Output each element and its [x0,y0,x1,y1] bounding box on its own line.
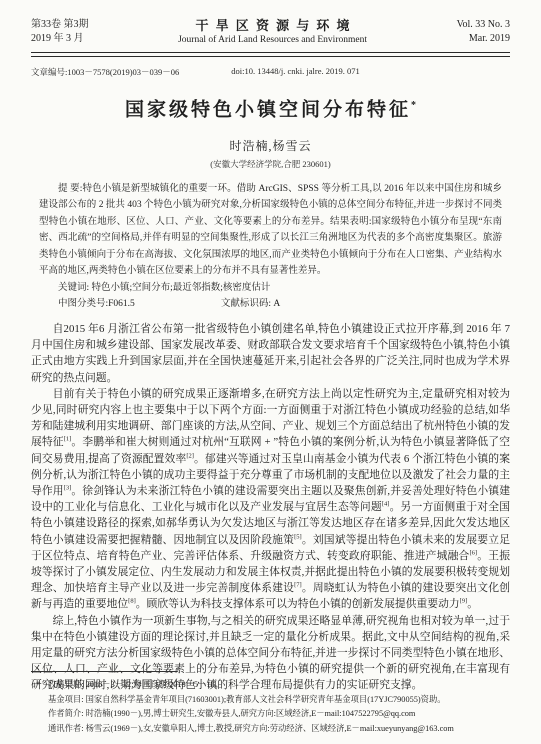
abstract-block: 提 要:特色小镇是新型城镇化的重要一环。借助 ArcGIS、SPSS 等分析工具… [39,181,502,313]
abstract-label: 提 要: [58,184,82,194]
authors: 时浩楠,杨雪云 [31,137,510,154]
date-en: Mar. 2019 [457,32,510,46]
clc-label: 中图分类号: [58,299,108,309]
keywords-text: 特色小镇;空间分布;最近邻指数;核密度估计 [92,283,271,293]
date-cn: 2019 年 3 月 [31,32,89,46]
footnote-lines: *收稿日期: 2018－3－22;修回日期:2018－5－18。 基金项目: 国… [31,678,510,736]
footnote-line: 通讯作者: 杨雪云(1969－),女,安徽阜阳人,博士,教授,研究方向:劳动经济… [48,722,510,737]
header-left: 第33卷 第3期 2019 年 3 月 [31,18,89,46]
footnote-line: 作者简介: 时浩楠(1990－),男,博士研究生,安徽寿县人,研究方向:区域经济… [48,707,510,722]
citation-marker: [7] [294,582,302,589]
journal-name-cn: 干旱区资源与环境 [89,18,457,33]
header-double-rule [31,52,510,57]
volume-issue: 第33卷 第3期 [31,18,89,32]
footnote: *收稿日期: 2018－3－22;修回日期:2018－5－18。 基金项目: 国… [31,671,510,736]
received-date: 收稿日期: 2018－3－22;修回日期:2018－5－18。 [48,680,223,689]
citation-marker: [8] [128,598,136,605]
article-number: 文章编号:1003－7578(2019)03－039－06 [31,66,179,78]
citation-marker: [5] [294,533,302,540]
footnote-rule [31,671,177,672]
keywords-line: 关键词: 特色小镇;空间分布;最近邻指数;核密度估计 [39,280,502,297]
affiliation: (安徽大学经济学院,合肥 230601) [31,158,510,170]
citation-marker: [9] [460,598,468,605]
journal-name-en: Journal of Arid Land Resources and Envir… [89,33,457,47]
citation-marker: [4] [382,501,390,508]
paper-title: 国家级特色小镇空间分布特征* [31,94,510,122]
keywords-label: 关键词: [58,283,89,293]
body-paragraph: 自2015 年6 月浙江省公布第一批省级特色小镇创建名单,特色小镇建设正式拉开序… [31,321,510,386]
footnote-line: *收稿日期: 2018－3－22;修回日期:2018－5－18。 [48,678,510,693]
doc-code-value: A [273,299,280,309]
abstract-text: 特色小镇是新型城镇化的重要一环。借助 ArcGIS、SPSS 等分析工具,以 2… [39,184,502,277]
journal-header: 第33卷 第3期 2019 年 3 月 干旱区资源与环境 Journal of … [31,18,510,47]
article-meta: 文章编号:1003－7578(2019)03－039－06 doi:10. 13… [31,66,510,78]
paper-page: 第33卷 第3期 2019 年 3 月 干旱区资源与环境 Journal of … [0,0,541,744]
footnote-marker: * [36,678,40,693]
footnote-line: 基金项目: 国家自然科学基金青年项目(71603001);教育部人文社会科学研究… [48,693,510,708]
author-bio: 作者简介: 时浩楠(1990－),男,博士研究生,安徽寿县人,研究方向:区域经济… [48,709,415,718]
clc-line: 中图分类号:F061.5文献标识码: A [39,296,502,313]
paper-title-text: 国家级特色小镇空间分布特征 [125,99,411,120]
volume-en: Vol. 33 No. 3 [457,18,510,32]
citation-marker: [2] [186,452,194,459]
body-paragraphs: 自2015 年6 月浙江省公布第一批省级特色小镇创建名单,特色小镇建设正式拉开序… [31,321,510,694]
title-footnote-star: * [411,100,416,111]
corresponding-author: 通讯作者: 杨雪云(1969－),女,安徽阜阳人,博士,教授,研究方向:劳动经济… [48,724,454,733]
citation-marker: [1] [64,436,72,443]
doi: doi:10. 13448/j. cnki. jalre. 2019. 071 [231,66,359,78]
citation-marker: [3] [64,484,72,491]
header-center: 干旱区资源与环境 Journal of Arid Land Resources … [89,18,457,47]
header-right: Vol. 33 No. 3 Mar. 2019 [457,18,510,46]
abstract-paragraph: 提 要:特色小镇是新型城镇化的重要一环。借助 ArcGIS、SPSS 等分析工具… [39,181,502,280]
clc-value: F061.5 [108,299,135,309]
citation-marker: [6] [470,549,478,556]
doc-code-label: 文献标识码: [221,299,271,309]
body-paragraph: 目前有关于特色小镇的研究成果正逐渐增多,在研究方法上尚以定性研究为主,定量研究相… [31,386,510,613]
funding-info: 基金项目: 国家自然科学基金青年项目(71603001);教育部人文社会科学研究… [48,695,446,704]
